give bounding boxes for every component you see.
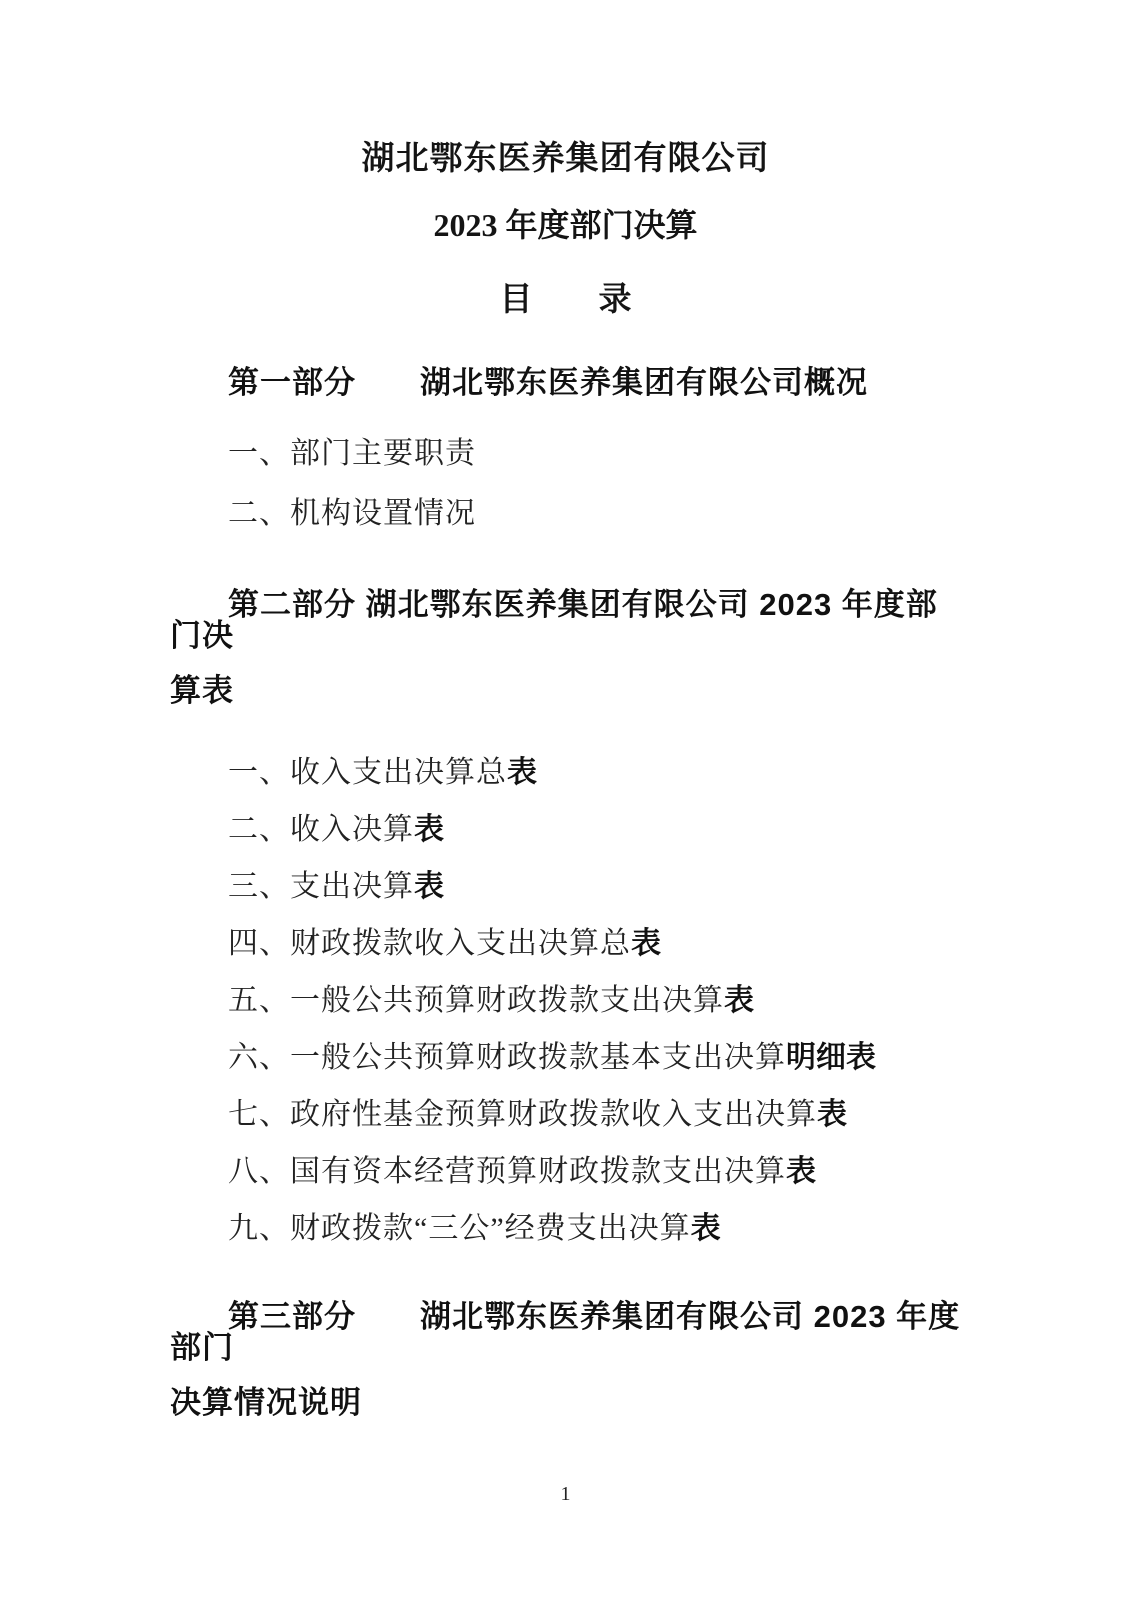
toc-item-bold-suffix: 明细表: [786, 1041, 876, 1074]
toc-item-text: 一、部门主要职责: [228, 437, 476, 470]
document-subtitle: 2023 年度部门决算: [170, 209, 961, 241]
toc-item-bold-suffix: 表: [724, 984, 754, 1017]
toc-item: 一、部门主要职责: [170, 439, 961, 469]
toc-item-text: 六、一般公共预算财政拨款基本支出决算: [228, 1041, 786, 1074]
page-number: 1: [0, 1484, 1131, 1504]
toc-item: 一、收入支出决算总表: [170, 758, 961, 788]
toc-item-bold-suffix: 表: [631, 927, 661, 960]
document-title: 湖北鄂东医养集团有限公司: [170, 143, 961, 176]
toc-item-text: 三、支出决算: [228, 870, 414, 903]
toc-item: 七、政府性基金预算财政拨款收入支出决算表: [170, 1100, 961, 1130]
toc-item: 四、财政拨款收入支出决算总表: [170, 929, 961, 959]
part-3-heading-line-2: 决算情况说明: [170, 1387, 961, 1418]
part-2-heading-line-1: 第二部分 湖北鄂东医养集团有限公司 2023 年度部门决: [170, 589, 961, 651]
toc-item-text: 七、政府性基金预算财政拨款收入支出决算: [228, 1098, 817, 1131]
toc-item-bold-suffix: 表: [507, 756, 537, 789]
toc-item-bold-suffix: 表: [691, 1212, 721, 1245]
part-1-heading: 第一部分 湖北鄂东医养集团有限公司概况: [170, 367, 961, 398]
toc-item-bold-suffix: 表: [414, 870, 444, 903]
toc-item: 五、一般公共预算财政拨款支出决算表: [170, 986, 961, 1016]
part-3-heading-line-1: 第三部分 湖北鄂东医养集团有限公司 2023 年度部门: [170, 1301, 961, 1363]
toc-item-text: 九、财政拨款“三公”经费支出决算: [228, 1212, 691, 1245]
toc-item-bold-suffix: 表: [817, 1098, 847, 1131]
toc-item-text: 五、一般公共预算财政拨款支出决算: [228, 984, 724, 1017]
document-page: 湖北鄂东医养集团有限公司 2023 年度部门决算 目 录 第一部分 湖北鄂东医养…: [0, 0, 1131, 1600]
toc-item: 六、一般公共预算财政拨款基本支出决算明细表: [170, 1043, 961, 1073]
toc-item-text: 八、国有资本经营预算财政拨款支出决算: [228, 1155, 786, 1188]
toc-item-bold-suffix: 表: [414, 813, 444, 846]
toc-item-text: 二、收入决算: [228, 813, 414, 846]
toc-item-bold-suffix: 表: [786, 1155, 816, 1188]
toc-item-text: 四、财政拨款收入支出决算总: [228, 927, 631, 960]
toc-item: 八、国有资本经营预算财政拨款支出决算表: [170, 1157, 961, 1187]
toc-item-text: 一、收入支出决算总: [228, 756, 507, 789]
toc-heading: 目 录: [170, 284, 961, 317]
toc-item: 三、支出决算表: [170, 872, 961, 902]
toc-item: 二、收入决算表: [170, 815, 961, 845]
toc-item-text: 二、机构设置情况: [228, 497, 476, 530]
part-2-heading-line-2: 算表: [170, 675, 961, 706]
toc-item: 二、机构设置情况: [170, 499, 961, 529]
toc-item: 九、财政拨款“三公”经费支出决算表: [170, 1214, 961, 1244]
